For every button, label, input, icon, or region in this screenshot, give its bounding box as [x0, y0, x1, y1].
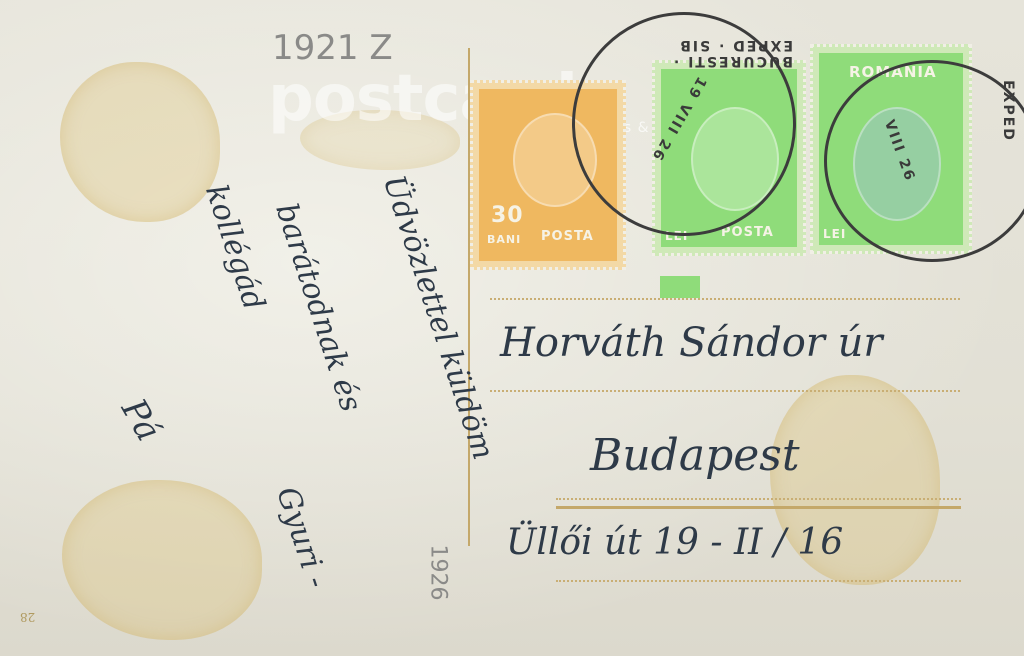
stain — [62, 480, 262, 640]
address-rule — [490, 390, 960, 392]
recipient-city: Budapest — [590, 430, 800, 481]
postmark-text: EXPED — [1000, 80, 1016, 142]
stamp-value: 30 — [491, 203, 524, 228]
address-rule-solid — [556, 506, 961, 509]
stain — [60, 62, 220, 222]
recipient-street: Üllői út 19 - II / 16 — [506, 522, 843, 563]
message-line: Gyuri - — [269, 483, 334, 593]
postmark: VIII 26 EXPED — [824, 60, 1024, 262]
address-rule — [490, 298, 960, 300]
address-rule — [556, 580, 961, 582]
postmark: BUCURESTI · EXPED · SIB 19 VIII 26 — [572, 12, 796, 236]
pencil-note: 1926 — [426, 545, 451, 601]
message-line: barátodnak és — [268, 199, 368, 416]
stamp-label: POSTA — [541, 229, 594, 244]
stamp-fragment — [660, 276, 700, 298]
stamp-unit: BANI — [487, 233, 521, 246]
pencil-note: 1921 Z — [272, 28, 393, 68]
stamp-label: POSTA — [721, 225, 774, 240]
address-rule — [556, 498, 961, 500]
postmark-text: BUCURESTI · EXPED · SIB — [605, 37, 793, 69]
message-line: kollégád — [198, 181, 271, 315]
stamp-unit: LEI — [823, 227, 846, 241]
postcard-back: postcard pictures & stories 30 BANI POST… — [0, 0, 1024, 656]
message-line: Pá — [113, 392, 168, 448]
recipient-name: Horváth Sándor úr — [500, 320, 883, 366]
postmark-date: VIII 26 — [881, 118, 918, 184]
print-number: 28 — [20, 610, 35, 624]
postmark-date: 19 VIII 26 — [648, 74, 709, 164]
